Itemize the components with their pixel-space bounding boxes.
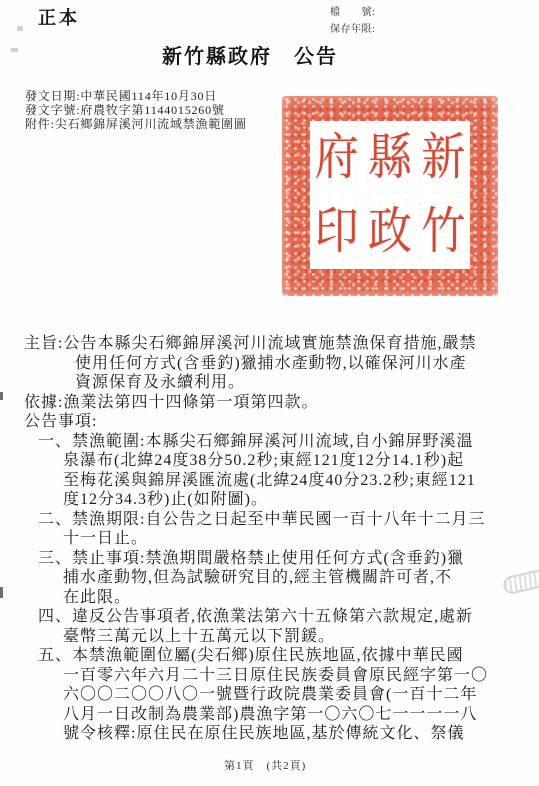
file-number-block: 檔 號: 保存年限: (330, 5, 375, 38)
body-line: 號令核釋:原住民在原住民族地區,基於傳統文化、祭儀 (0, 724, 539, 744)
file-number-label: 檔 號: (330, 5, 375, 22)
seal-char: 政 (363, 190, 416, 274)
body-line: 主旨:公告本縣尖石鄉錦屏溪河川流域實施禁漁保育措施,嚴禁 (0, 334, 539, 354)
attachment-line: 附件:尖石鄉錦屏溪河川流域禁漁範圍圖 (25, 117, 247, 131)
body-line: 度12分34.3秒)止(如附圖)。 (0, 490, 539, 510)
body-line: 公告事項: (0, 412, 539, 432)
body-line: 一百零六年六月二十三日原住民族委員會原民經字第一〇 (0, 666, 539, 686)
seal-char: 府 (310, 116, 363, 200)
body-line: 三、禁止事項:禁漁期間嚴格禁止使用任何方式(含垂釣)獵 (0, 549, 539, 569)
body-line: 依據:漁業法第四十四條第一項第四款。 (0, 393, 539, 413)
seal-inner-face: 新 竹 縣 政 府 印 (310, 121, 470, 269)
body-line: 至梅花溪與錦屏溪匯流處(北緯24度40分23.2秒;東經121 (0, 471, 539, 491)
issue-number: 發文字號:府農牧字第1144015260號 (25, 103, 247, 117)
body-line: 在此限。 (0, 588, 539, 608)
official-seal: 新 竹 縣 政 府 印 (282, 96, 498, 296)
body-line: 八月一日改制為農業部)農漁字第一〇六〇七一一一一八 (0, 705, 539, 725)
body-line: 一、禁漁範圍:本縣尖石鄉錦屏溪河川流域,自小錦屏野溪溫 (0, 432, 539, 452)
announcement-body: 主旨:公告本縣尖石鄉錦屏溪河川流域實施禁漁保育措施,嚴禁使用任何方式(含垂釣)獵… (0, 334, 539, 744)
body-line: 六〇〇二〇〇八〇一號暨行政院農業委員會(一百十二年 (0, 685, 539, 705)
scan-edge-mark (0, 587, 3, 598)
seal-char: 印 (310, 190, 363, 274)
retention-period-label: 保存年限: (330, 22, 375, 39)
body-line: 捕水產動物,但為試驗研究目的,經主管機關許可者,不 (0, 568, 539, 588)
seal-char: 縣 (363, 116, 416, 200)
body-line: 臺幣三萬元以上十五萬元以下罰鍰。 (0, 627, 539, 647)
body-line: 泉瀑布(北緯24度38分50.2秒;東經121度12分14.1秒)起 (0, 451, 539, 471)
document-meta: 發文日期:中華民國114年10月30日 發文字號:府農牧字第1144015260… (25, 89, 247, 131)
document-page: 正本 檔 號: 保存年限: 新竹縣政府 公告 發文日期:中華民國114年10月3… (0, 0, 539, 786)
scan-speck (11, 48, 18, 52)
seal-char: 竹 (417, 190, 470, 274)
body-line: 四、違反公告事項者,依漁業法第六十五條第六款規定,處新 (0, 607, 539, 627)
copy-type-label: 正本 (38, 4, 80, 30)
scan-speck (17, 26, 23, 31)
body-line: 使用任何方式(含垂釣)獵捕水產動物,以確保河川水產 (0, 354, 539, 374)
body-line: 二、禁漁期限:自公告之日起至中華民國一百十八年十二月三 (0, 510, 539, 530)
issue-date: 發文日期:中華民國114年10月30日 (25, 89, 247, 103)
document-title: 新竹縣政府 公告 (0, 40, 500, 69)
seal-char: 新 (417, 116, 470, 200)
page-number: 第1頁 (共2頁) (224, 757, 306, 773)
body-line: 十一日止。 (0, 529, 539, 549)
scan-edge-mark (0, 392, 3, 400)
body-line: 五、本禁漁範圍位屬(尖石鄉)原住民族地區,依據中華民國 (0, 646, 539, 666)
body-line: 資源保育及永續利用。 (0, 373, 539, 393)
